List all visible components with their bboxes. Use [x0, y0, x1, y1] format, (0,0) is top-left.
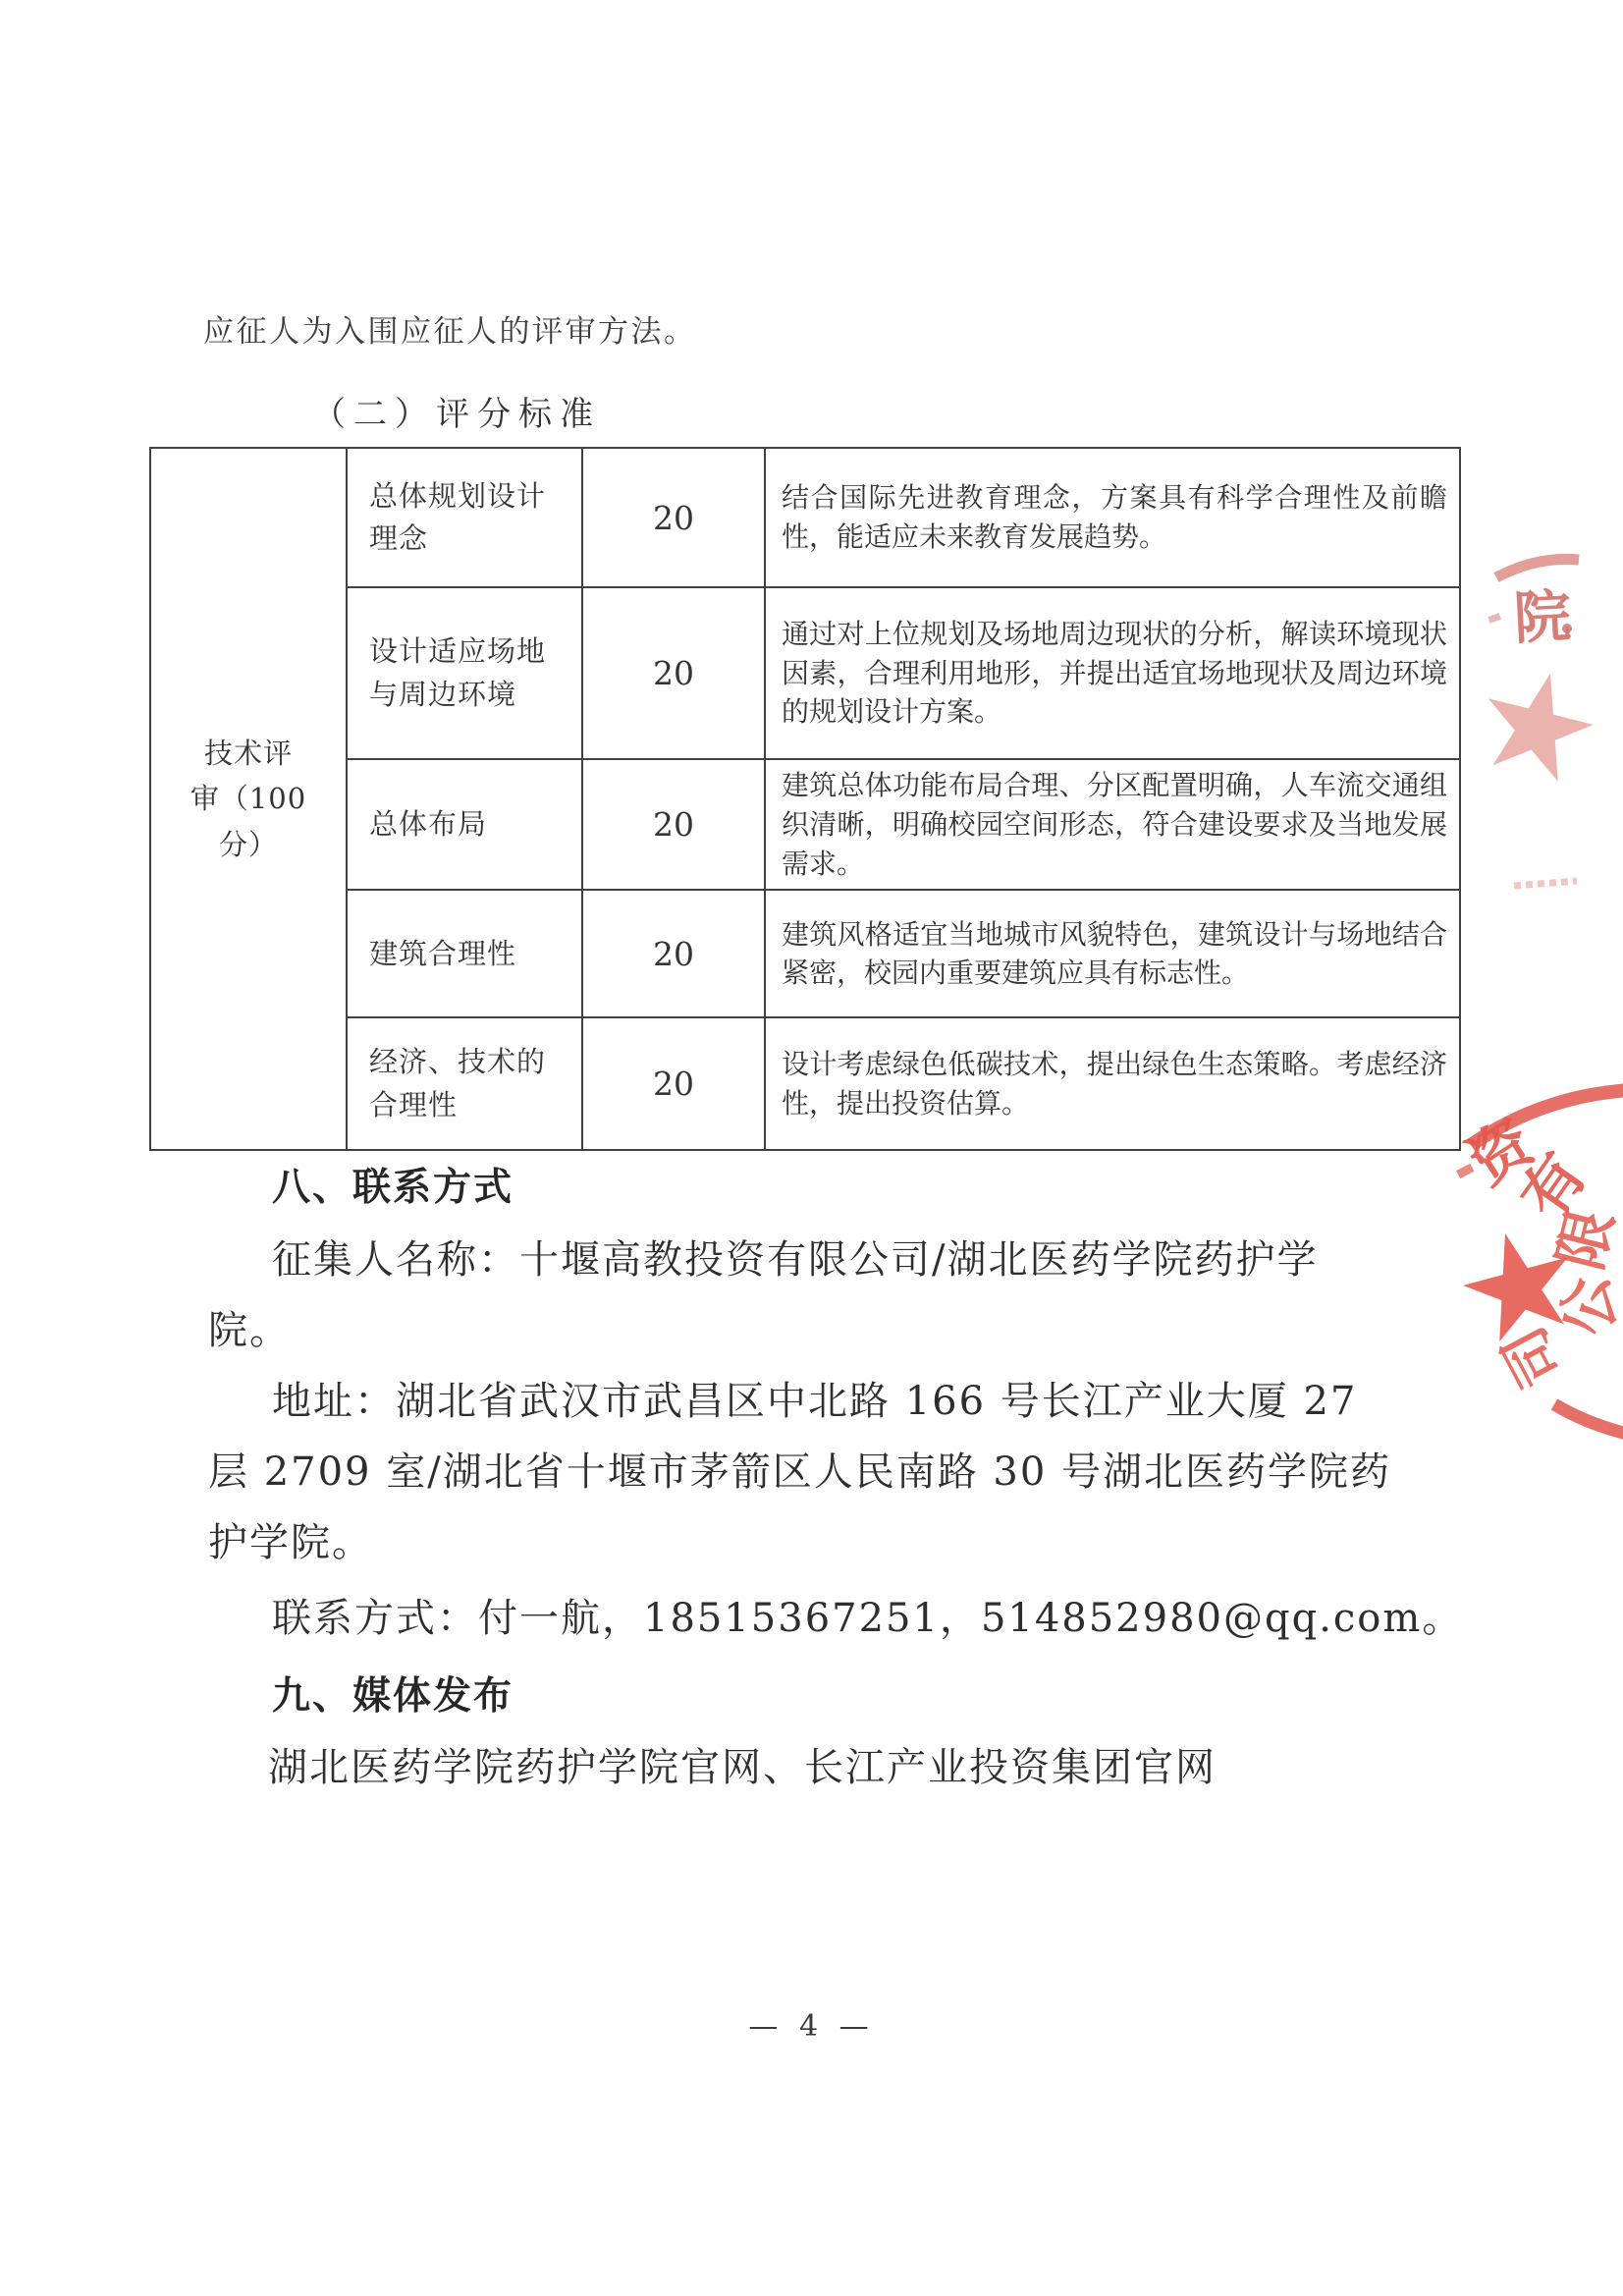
contact-line: 地址：湖北省武汉市武昌区中北路 166 号长江产业大厦 27 [272, 1370, 1357, 1426]
seal-mark [1456, 1164, 1474, 1178]
contact-line: 征集人名称：十堰高教投资有限公司/湖北医药学院药护学 [272, 1229, 1318, 1285]
table-row: 经济、技术的 合理性 20 设计考虑绿色低碳技术，提出绿色生态策略。考虑经济性，… [150, 1017, 1460, 1150]
seal-arc [1471, 1090, 1623, 1145]
table-cell-score: 20 [582, 1017, 765, 1150]
table-cell-description: 建筑风格适宜当地城市风貌特色，建筑设计与场地结合紧密，校园内重要建筑应具有标志性… [765, 890, 1460, 1017]
seal-top-fragment: 院 [1443, 530, 1623, 923]
table-cell-group-label: 技术评 审（100 分） [150, 448, 347, 1150]
table-cell-criterion: 建筑合理性 [347, 890, 582, 1017]
table-row: 设计适应场地 与周边环境 20 通过对上位规划及场地周边现状的分析，解读环境现状… [150, 587, 1460, 759]
scoring-criteria-table: 技术评 审（100 分） 总体规划设计 理念 20 结合国际先进教育理念，方案具… [149, 447, 1461, 1151]
table-cell-criterion: 经济、技术的 合理性 [347, 1017, 582, 1150]
table-row: 总体布局 20 建筑总体功能布局合理、分区配置明确，人车流交通组织清晰，明确校园… [150, 759, 1460, 890]
table-row: 技术评 审（100 分） 总体规划设计 理念 20 结合国际先进教育理念，方案具… [150, 448, 1460, 587]
seal-arc [1554, 1404, 1623, 1436]
section-heading-scoring-criteria: （二）评分标准 [312, 387, 601, 435]
table-cell-criterion: 总体布局 [347, 759, 582, 890]
table-cell-score: 20 [582, 890, 765, 1017]
scanned-document-page: { "document": { "intro_line": "应征人为入围应征人… [0, 0, 1623, 2296]
intro-paragraph: 应征人为入围应征人的评审方法。 [203, 306, 697, 351]
media-line: 湖北医药学院药护学院官网、长江产业投资集团官网 [268, 1736, 1217, 1792]
seal-character: 司 [1489, 1316, 1575, 1397]
table-cell-criterion: 设计适应场地 与周边环境 [347, 587, 582, 759]
table-row: 建筑合理性 20 建筑风格适宜当地城市风貌特色，建筑设计与场地结合紧密，校园内重… [150, 890, 1460, 1017]
contact-line: 院。 [208, 1299, 291, 1355]
table-cell-description: 通过对上位规划及场地周边现状的分析，解读环境现状因素，合理利用地形，并提出适宜场… [765, 587, 1460, 759]
table-cell-score: 20 [582, 759, 765, 890]
seal-character: 资 [1455, 1105, 1546, 1199]
table-cell-score: 20 [582, 448, 765, 587]
table-cell-description: 结合国际先进教育理念，方案具有科学合理性及前瞻性，能适应未来教育发展趋势。 [765, 448, 1460, 587]
contact-section-heading: 八、联系方式 [272, 1157, 514, 1212]
contact-line: 联系方式：付一航，18515367251，514852980@qq.com。 [272, 1587, 1463, 1643]
seal-character: 公 [1550, 1271, 1623, 1340]
seal-dot [1562, 624, 1572, 633]
table-cell-description: 建筑总体功能布局合理、分区配置明确，人车流交通组织清晰，明确校园空间形态，符合建… [765, 759, 1460, 890]
table-cell-description: 设计考虑绿色低碳技术，提出绿色生态策略。考虑经济性，提出投资估算。 [765, 1017, 1460, 1150]
seal-arc [1496, 559, 1579, 577]
seal-mark [1488, 613, 1501, 624]
seal-character: 有 [1506, 1140, 1599, 1231]
contact-line: 层 2709 室/湖北省十堰市茅箭区人民南路 30 号湖北医药学院药 [208, 1441, 1391, 1497]
contact-line: 护学院。 [208, 1511, 373, 1567]
seal-character: 院 [1512, 582, 1572, 652]
page-number: — 4 — [0, 2009, 1623, 2044]
seal-star-icon [1473, 660, 1602, 786]
media-section-heading: 九、媒体发布 [272, 1666, 514, 1721]
table-cell-score: 20 [582, 587, 765, 759]
seal-faint-text [1514, 881, 1577, 886]
table-cell-criterion: 总体规划设计 理念 [347, 448, 582, 587]
seal-character: 限 [1546, 1202, 1623, 1276]
seal-star-icon [1453, 1220, 1585, 1347]
